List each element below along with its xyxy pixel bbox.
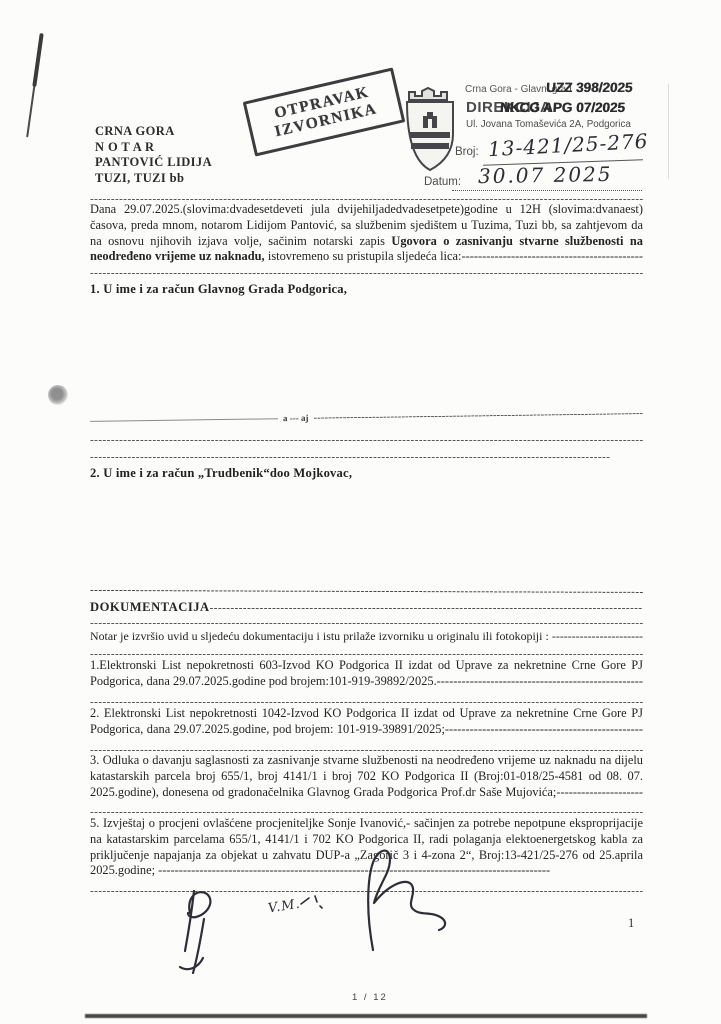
documentation-heading: DOKUMENTACIJA [90,600,210,613]
staple-hole-mark [48,385,68,405]
party-2-heading: 2. U ime i za račun „Trudbenik“doo Mojko… [90,466,352,481]
bottom-scan-line [85,1014,647,1018]
dash-divider: ----------------------------------------… [90,617,643,628]
datum-handwritten-value: 30.07 2025 [478,162,613,188]
letterhead-address: Ul. Jovana Tomaševića 2A, Podgorica [466,119,631,130]
scan-edge-line [668,84,669,179]
signature-pl [165,885,235,980]
documentation-heading-row: DOKUMENTACIJA---------------------------… [90,598,643,613]
document-item-3: 3. Odluka o davanju saglasnosti za zasni… [90,753,643,802]
signature-vm-ticks [295,892,325,912]
broj-handwritten-value: 13-421/25-276 [487,129,649,161]
intro-paragraph: Dana 29.07.2025.(slovima:dvadesetdeveti … [90,202,643,266]
heading-dashes: ----------------------------------------… [210,602,643,613]
notary-line: PANTOVIĆ LIDIJA [95,155,212,171]
coat-of-arms-icon [399,86,461,176]
signature-r [345,845,450,960]
datum-underline [452,190,642,191]
otpravak-izvornika-stamp: OTPRAVAK IZVORNIKA [243,67,406,156]
datum-label: Datum: [424,176,461,188]
party-1-heading: 1. U ime i za račun Glavnog Grada Podgor… [90,282,347,297]
dash-divider: ----------------------------------------… [90,434,643,445]
remnant-fragment: a --- aj [283,413,309,423]
broj-label: Broj: [455,146,479,158]
documentation-intro: Notar je izvršio uvid u sljedeću dokumen… [90,629,643,645]
notary-line: CRNA GORA [95,124,212,140]
redacted-remnant-line: a --- aj -------------------------------… [90,407,643,427]
page-number: 1 [628,916,634,931]
receipt-stamp-number-1: UZZ 398/2025 [545,80,632,95]
pen-mark [32,33,43,87]
dash-divider: ----------------------------------------… [90,267,643,278]
notary-address-block: CRNA GORA N O T A R PANTOVIĆ LIDIJA TUZI… [95,124,212,186]
document-item-2: 2. Elektronski List nepokretnosti 1042-I… [90,706,643,739]
notary-line: TUZI, TUZI bb [95,171,212,187]
remnant-rule [90,418,278,422]
scanned-document-page: CRNA GORA N O T A R PANTOVIĆ LIDIJA TUZI… [0,0,721,1024]
receipt-stamp-number-2: NKCG APG 07/2025 [499,100,625,115]
dash-divider: ----------------------------------------… [90,451,610,462]
remnant-dashes: ----------------------------------------… [313,407,643,424]
document-item-1: 1.Elektronski List nepokretnosti 603-Izv… [90,658,643,691]
notary-line: N O T A R [95,140,212,156]
footer-page-indicator: 1 / 12 [352,992,388,1003]
dash-divider: ----------------------------------------… [90,584,643,597]
